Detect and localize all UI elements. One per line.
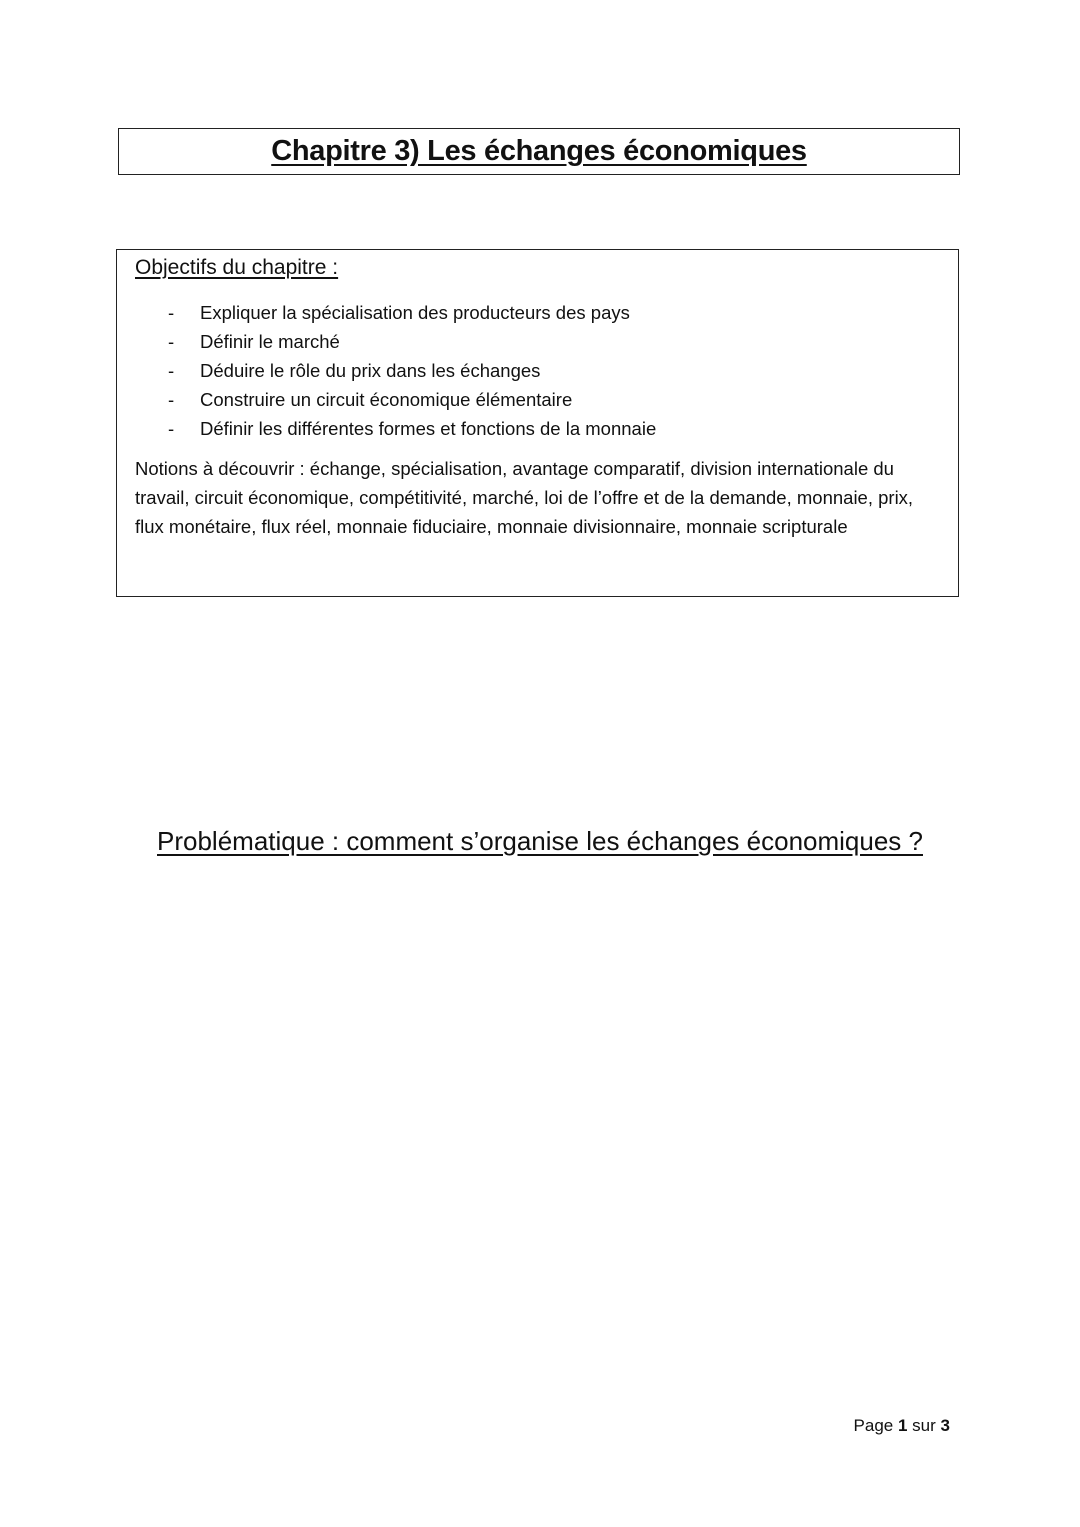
objective-item: - Définir les différentes formes et fonc… xyxy=(135,414,948,443)
objective-text: Déduire le rôle du prix dans les échange… xyxy=(200,356,540,385)
notions-paragraph: Notions à découvrir : échange, spécialis… xyxy=(135,455,948,541)
chapter-title-box: Chapitre 3) Les échanges économiques xyxy=(118,128,960,175)
objective-item: - Expliquer la spécialisation des produc… xyxy=(135,298,948,327)
objectives-box: Objectifs du chapitre : - Expliquer la s… xyxy=(116,249,959,597)
objectives-list: - Expliquer la spécialisation des produc… xyxy=(135,298,948,443)
page-label: Page xyxy=(854,1416,894,1435)
page-footer: Page 1 sur 3 xyxy=(854,1416,950,1436)
objective-item: - Construire un circuit économique éléme… xyxy=(135,385,948,414)
page-separator: sur xyxy=(912,1416,936,1435)
objectives-heading: Objectifs du chapitre : xyxy=(135,254,948,282)
objective-text: Expliquer la spécialisation des producte… xyxy=(200,298,630,327)
problematique-heading: Problématique : comment s’organise les é… xyxy=(0,826,1080,857)
bullet-dash: - xyxy=(135,385,200,414)
objective-text: Définir les différentes formes et foncti… xyxy=(200,414,656,443)
bullet-dash: - xyxy=(135,327,200,356)
objective-item: - Déduire le rôle du prix dans les échan… xyxy=(135,356,948,385)
objective-item: - Définir le marché xyxy=(135,327,948,356)
bullet-dash: - xyxy=(135,356,200,385)
bullet-dash: - xyxy=(135,414,200,443)
bullet-dash: - xyxy=(135,298,200,327)
total-pages: 3 xyxy=(941,1416,950,1435)
objective-text: Construire un circuit économique élément… xyxy=(200,385,572,414)
objective-text: Définir le marché xyxy=(200,327,340,356)
chapter-title: Chapitre 3) Les échanges économiques xyxy=(271,135,807,168)
current-page: 1 xyxy=(898,1416,907,1435)
